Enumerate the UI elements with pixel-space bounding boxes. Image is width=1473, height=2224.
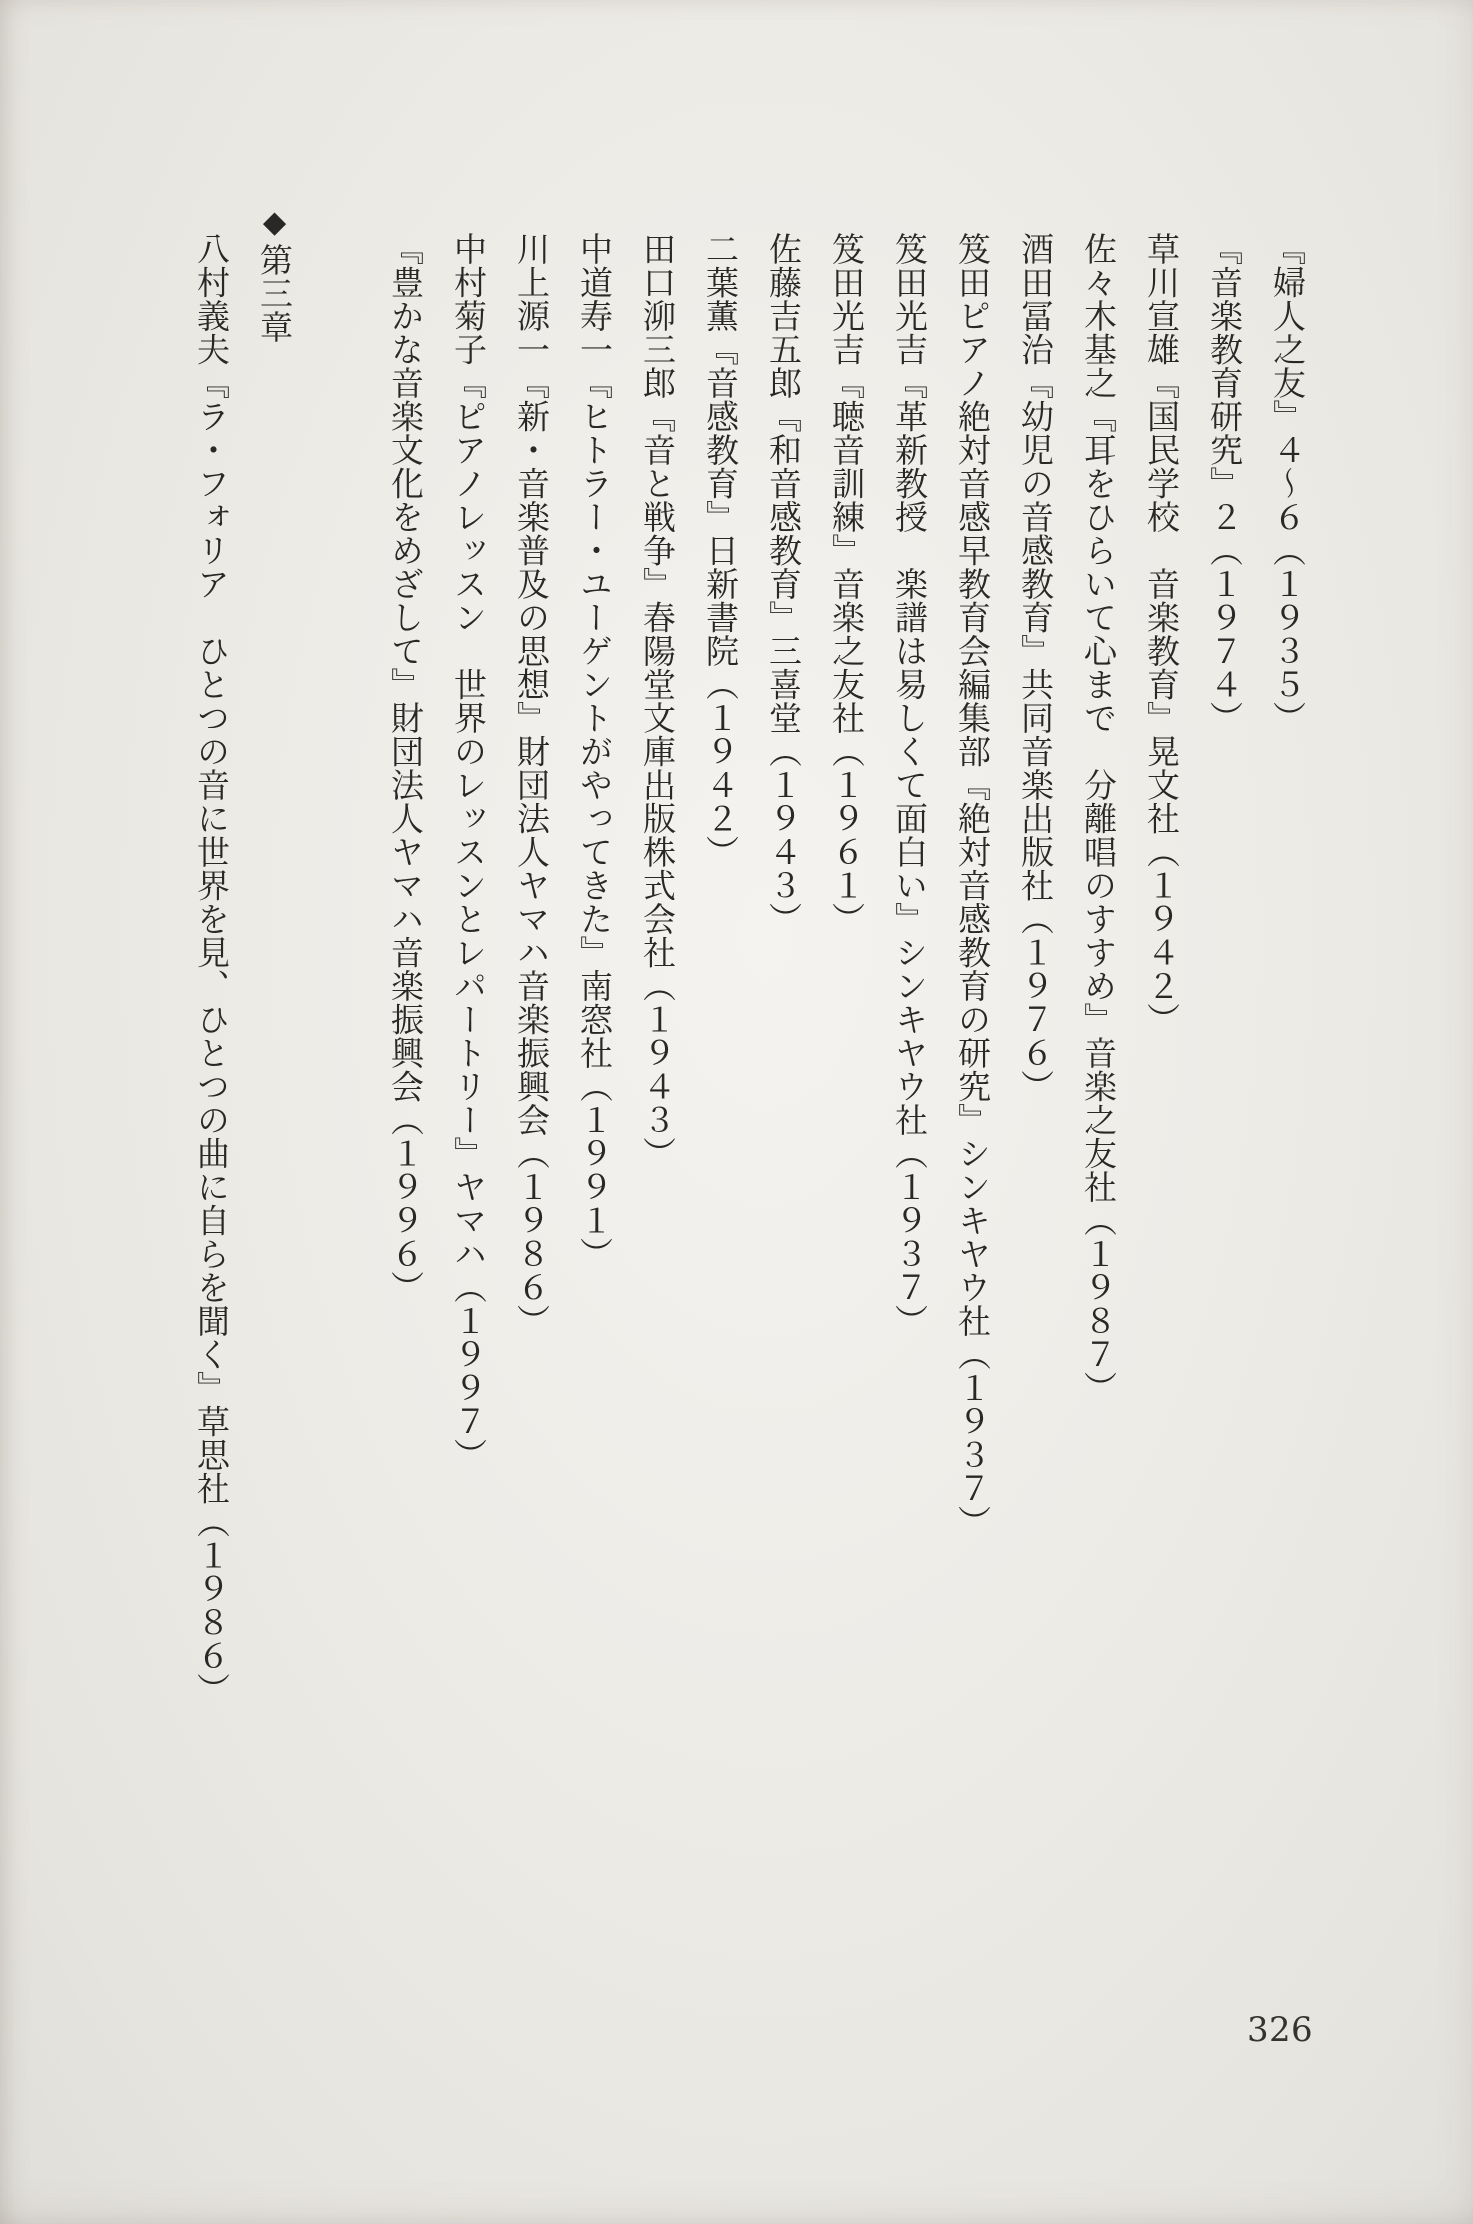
bibliography-entry: 佐々木基之『耳をひらいて心まで 分離唱のすすめ』音楽之友社（１９８７） bbox=[1067, 232, 1130, 2092]
bibliography-entry: 『婦人之友』４〜６（１９３５） bbox=[1256, 232, 1319, 2092]
bibliography-entry: 草川宣雄『国民学校 音楽教育』晃文社（１９４２） bbox=[1130, 232, 1193, 2092]
bibliography-entry: 『音楽教育研究』２（１９７４） bbox=[1193, 232, 1256, 2092]
bibliography-entry: 笈田光吉『聴音訓練』音楽之友社（１９６１） bbox=[815, 232, 878, 2092]
bibliography-entry: 田口泖三郎『音と戦争』春陽堂文庫出版株式会社（１９４３） bbox=[626, 232, 689, 2092]
bibliography-entry: 笈田ピアノ絶対音感早教育会編集部『絶対音感教育の研究』シンキヤウ社（１９３７） bbox=[941, 232, 1004, 2092]
bibliography-entry: 『豊かな音楽文化をめざして』財団法人ヤマハ音楽振興会（１９９６） bbox=[374, 232, 437, 2092]
bibliography-list: 『婦人之友』４〜６（１９３５） 『音楽教育研究』２（１９７４） 草川宣雄『国民学… bbox=[180, 232, 1319, 2092]
book-page: 『婦人之友』４〜６（１９３５） 『音楽教育研究』２（１９７４） 草川宣雄『国民学… bbox=[0, 0, 1473, 2224]
bibliography-entry: 笈田光吉『革新教授 楽譜は易しくて面白い』シンキヤウ社（１９３７） bbox=[878, 232, 941, 2092]
bibliography-entry: 川上源一『新・音楽普及の思想』財団法人ヤマハ音楽振興会（１９８６） bbox=[500, 232, 563, 2092]
bibliography-entry: 二葉薫『音感教育』日新書院（１９４２） bbox=[689, 232, 752, 2092]
bibliography-entry: 中村菊子『ピアノレッスン 世界のレッスンとレパートリー』ヤマハ（１９９７） bbox=[437, 232, 500, 2092]
page-number: 326 bbox=[1247, 2010, 1313, 2050]
bibliography-entry: 八村義夫『ラ・フォリア ひとつの音に世界を見、ひとつの曲に自らを聞く』草思社（１… bbox=[180, 232, 243, 2092]
chapter-title: 第三章 bbox=[255, 243, 294, 344]
bibliography-entry: 中道寿一『ヒトラー・ユーゲントがやってきた』南窓社（１９９１） bbox=[563, 232, 626, 2092]
bibliography-entry: 酒田冨治『幼児の音感教育』共同音楽出版社（１９７６） bbox=[1004, 232, 1067, 2092]
diamond-icon: ◆ bbox=[257, 205, 292, 243]
chapter-heading: ◆第三章 bbox=[243, 205, 306, 2065]
bibliography-entry: 佐藤吉五郎『和音感教育』三喜堂（１９４３） bbox=[752, 232, 815, 2092]
